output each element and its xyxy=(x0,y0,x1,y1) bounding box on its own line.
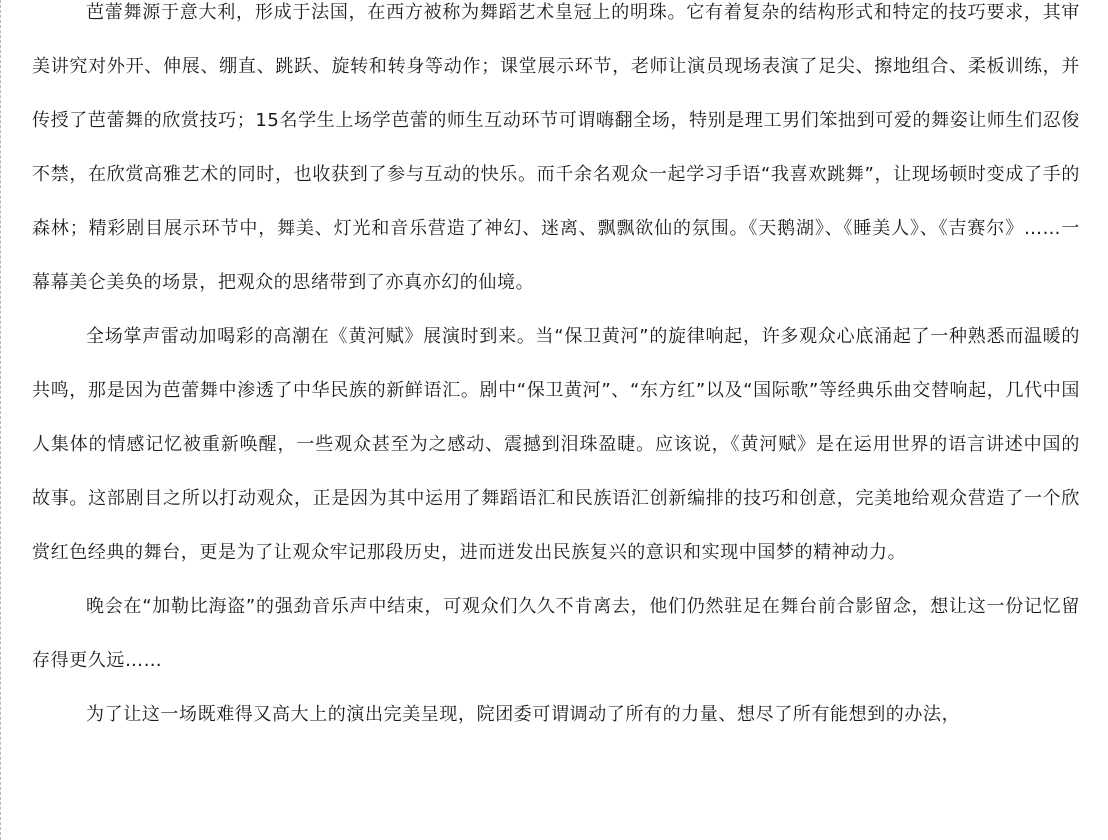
paragraph-preparation: 为了让这一场既难得又高大上的演出完美呈现，院团委可谓调动了所有的力量、想尽了所有… xyxy=(32,688,1080,742)
paragraph-ballet-intro: 芭蕾舞源于意大利，形成于法国，在西方被称为舞蹈艺术皇冠上的明珠。它有着复杂的结构… xyxy=(32,0,1080,310)
paragraph-finale: 晚会在“加勒比海盗”的强劲音乐声中结束，可观众们久久不肯离去，他们仍然驻足在舞台… xyxy=(32,580,1080,688)
paragraph-yellow-river: 全场掌声雷动加喝彩的高潮在《黄河赋》展演时到来。当“保卫黄河”的旋律响起，许多观… xyxy=(32,310,1080,580)
page-margin-guide xyxy=(0,0,1,840)
document-body: 芭蕾舞源于意大利，形成于法国，在西方被称为舞蹈艺术皇冠上的明珠。它有着复杂的结构… xyxy=(32,0,1080,742)
